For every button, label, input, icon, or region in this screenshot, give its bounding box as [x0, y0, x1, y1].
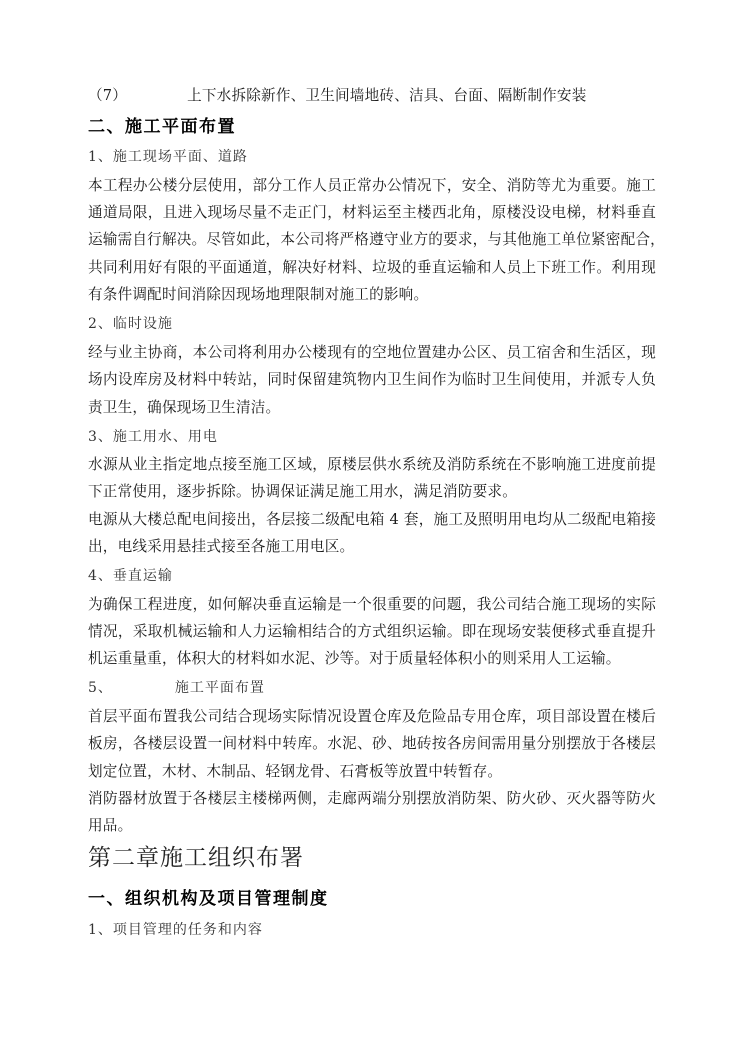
paragraph-line: 为确保工程进度，如何解决垂直运输是一个很重要的问题，我公司结合施工现场的实际 — [88, 596, 656, 614]
paragraph-line: 通道局限，且进入现场尽量不走正门，材料运至主楼西北角，原楼没设电梯，材料垂直 — [88, 204, 656, 222]
paragraph-line: 板房，各楼层设置一间材料中转库。水泥、砂、地砖按各房间需用量分别摆放于各楼层 — [88, 735, 656, 753]
paragraph-line: 下正常使用，逐步拆除。协调保证满足施工用水，满足消防要求。 — [88, 483, 517, 501]
section-heading: 二、施工平面布置 — [88, 116, 236, 138]
subsection-title: 3、施工用水、用电 — [88, 428, 218, 446]
subsection-number: 5、 — [88, 680, 113, 696]
subsection-title: 4、垂直运输 — [88, 567, 173, 585]
subsection-text: 施工平面布置 — [175, 680, 265, 696]
paragraph-line: 首层平面布置我公司结合现场实际情况设置仓库及危险品专用仓库，项目部设置在楼后 — [88, 708, 656, 726]
section-heading: 一、组织机构及项目管理制度 — [88, 888, 329, 910]
subsection-title: 1、项目管理的任务和内容 — [88, 921, 263, 939]
paragraph-line: 划定位置，木材、木制品、轻钢龙骨、石膏板等放置中转暂存。 — [88, 763, 502, 781]
list-item-7: （7）上下水拆除新作、卫生间墙地砖、洁具、台面、隔断制作安装 — [88, 87, 587, 105]
subsection-title: 2、临时设施 — [88, 315, 173, 333]
paragraph-line: 用品。 — [88, 817, 132, 835]
paragraph-line: 机运重量重，体积大的材料如水泥、沙等。对于质量轻体积小的则采用人工运输。 — [88, 650, 621, 668]
paragraph-line: 经与业主协商，本公司将利用办公楼现有的空地位置建办公区、员工宿舍和生活区，现 — [88, 344, 656, 362]
paragraph-line: 出，电线采用悬挂式接至各施工用电区。 — [88, 538, 354, 556]
paragraph-line: 责卫生，确保现场卫生清洁。 — [88, 399, 280, 417]
subsection-title: 5、施工平面布置 — [88, 679, 265, 697]
paragraph-line: 情况，采取机械运输和人力运输相结合的方式组织运输。即在现场安装便移式垂直提升 — [88, 623, 656, 641]
paragraph-line: 共同利用好有限的平面通道，解决好材料、垃圾的垂直运输和人员上下班工作。利用现 — [88, 259, 656, 277]
paragraph-line: 运输需自行解决。尽管如此，本公司将严格遵守业方的要求，与其他施工单位紧密配合， — [88, 231, 656, 249]
paragraph-line: 场内设库房及材料中转站，同时保留建筑物内卫生间作为临时卫生间使用，并派专人负 — [88, 371, 656, 389]
paragraph-line: 电源从大楼总配电间接出，各层接二级配电箱 4 套，施工及照明用电均从二级配电箱接 — [88, 511, 656, 529]
paragraph-line: 水源从业主指定地点接至施工区域，原楼层供水系统及消防系统在不影响施工进度前提 — [88, 456, 656, 474]
paragraph-line: 消防器材放置于各楼层主楼梯两侧，走廊两端分别摆放消防架、防火砂、灭火器等防火 — [88, 790, 656, 808]
subsection-title: 1、施工现场平面、道路 — [88, 148, 248, 166]
chapter-title: 第二章施工组织布署 — [88, 844, 304, 872]
list-text: 上下水拆除新作、卫生间墙地砖、洁具、台面、隔断制作安装 — [187, 87, 586, 104]
paragraph-line: 本工程办公楼分层使用，部分工作人员正常办公情况下，安全、消防等尤为重要。施工 — [88, 177, 656, 195]
list-number: （7） — [88, 87, 127, 104]
paragraph-line: 有条件调配时间消除因现场地理限制对施工的影响。 — [88, 286, 428, 304]
